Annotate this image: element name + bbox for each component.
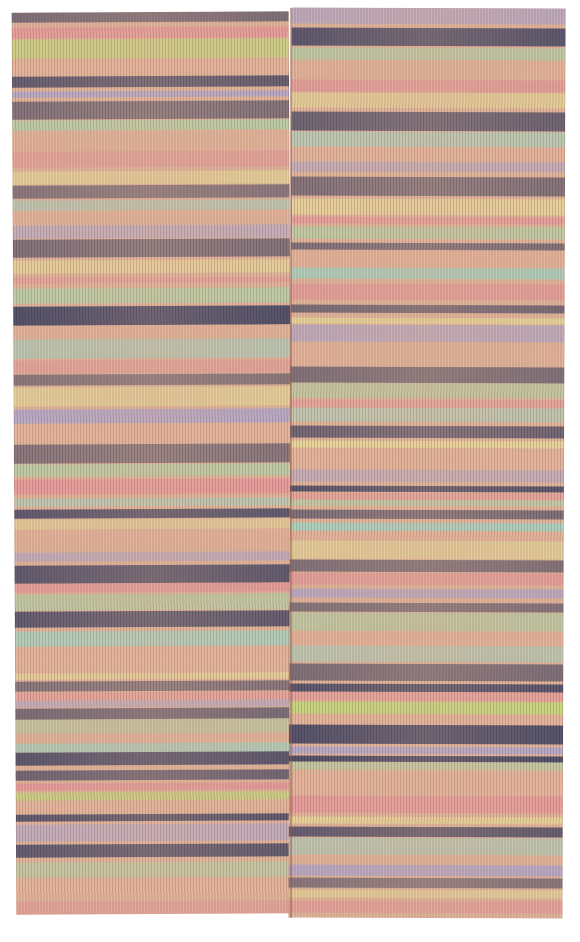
stripe-navy xyxy=(291,112,565,132)
stripe-lavender xyxy=(16,823,293,841)
stripe-pink xyxy=(288,901,562,914)
stripe-navy xyxy=(289,603,563,613)
stripe-butter xyxy=(288,890,562,899)
stripe-peach xyxy=(12,59,289,72)
stripe-lavender xyxy=(290,325,564,343)
stripe-pink xyxy=(290,573,564,586)
stripe-sage xyxy=(12,119,289,130)
stripe-peach xyxy=(14,529,291,547)
stripe-lavender xyxy=(289,747,563,755)
stripe-pink xyxy=(289,692,563,702)
stripe-butter xyxy=(290,318,564,325)
stripe-peach xyxy=(16,880,293,896)
stripe-peach xyxy=(289,775,563,795)
stripe-peach xyxy=(12,132,289,150)
stripe-butter xyxy=(13,259,290,273)
stripe-mint xyxy=(290,523,564,532)
stripe-navy xyxy=(13,184,290,198)
stripe-peach xyxy=(14,423,291,441)
stripe-sage xyxy=(289,613,563,632)
stripe-navy xyxy=(12,11,289,22)
stripe-lavender xyxy=(14,408,291,423)
stripe-sage xyxy=(14,463,291,476)
stripe-pink xyxy=(291,80,565,93)
stripe-navy xyxy=(291,243,565,251)
stripe-sage xyxy=(290,383,564,399)
stripe-sage xyxy=(291,48,565,61)
stripe-navy xyxy=(290,426,564,439)
stripe-sage xyxy=(290,500,564,507)
stripe-sage xyxy=(15,593,292,610)
stripe-mint xyxy=(289,646,563,663)
stripe-butter xyxy=(290,541,564,560)
stripe-navy xyxy=(14,508,291,518)
stripe-butter xyxy=(14,386,291,406)
stripe-lavender xyxy=(291,162,565,173)
stripe-navy xyxy=(13,305,290,325)
stripe-pink xyxy=(13,359,290,373)
stripe-pink xyxy=(15,582,292,592)
stripe-peach xyxy=(13,211,290,220)
stripe-navy xyxy=(291,28,565,47)
stripes-right xyxy=(288,8,565,919)
stripe-pink xyxy=(291,217,565,225)
stripe-sage xyxy=(288,918,562,919)
stripe-butter xyxy=(290,441,564,449)
stripe-navy xyxy=(289,878,563,889)
stripe-butter xyxy=(291,93,565,109)
stripe-peach xyxy=(290,450,564,470)
stripe-peach xyxy=(15,732,292,740)
stripe-peach xyxy=(291,147,565,158)
stripe-navy xyxy=(290,560,564,573)
stripe-navy xyxy=(16,843,293,857)
stripes-left xyxy=(12,11,294,914)
stripe-mint xyxy=(289,838,563,856)
stripe-lavender xyxy=(292,8,566,25)
stripe-butter xyxy=(291,199,565,216)
stripe-lavender xyxy=(289,865,563,877)
stripe-butter xyxy=(15,672,292,679)
stripe-lime xyxy=(16,791,293,800)
stripe-pink xyxy=(16,900,293,914)
stripe-navy xyxy=(15,564,292,583)
stripe-navy xyxy=(289,664,563,682)
stripe-navy xyxy=(290,486,564,493)
center-seam xyxy=(290,8,292,918)
stripe-mint xyxy=(13,338,290,358)
stripe-navy xyxy=(16,813,293,821)
stripe-lavender xyxy=(15,699,292,707)
stripe-sage xyxy=(13,287,290,303)
stripe-navy xyxy=(12,75,289,87)
stripe-peach xyxy=(291,62,565,80)
stripe-navy xyxy=(12,100,289,119)
stripe-butter xyxy=(289,817,563,825)
stripe-peach xyxy=(16,804,293,811)
stripe-navy xyxy=(291,305,565,314)
stripe-lime xyxy=(289,702,563,715)
rug xyxy=(14,8,566,926)
stripe-navy xyxy=(13,238,290,257)
stripe-sage xyxy=(16,861,293,877)
rug-panel-left xyxy=(12,11,294,914)
stripe-peach xyxy=(289,855,563,862)
stripe-navy xyxy=(14,373,291,385)
stripe-peach xyxy=(13,324,290,334)
stripe-mint xyxy=(291,132,565,148)
stripe-navy xyxy=(16,751,293,765)
stripe-navy xyxy=(290,510,564,520)
stripe-lavender xyxy=(290,470,564,483)
stripe-lavender xyxy=(12,90,289,97)
stripe-mint xyxy=(291,268,565,280)
stripe-mint xyxy=(290,408,564,423)
stripe-sage xyxy=(15,718,292,733)
stripe-pink xyxy=(14,478,291,494)
stripe-peach xyxy=(291,251,565,267)
stripe-mint xyxy=(14,497,291,506)
stripe-peach xyxy=(15,648,292,668)
stripe-peach xyxy=(289,632,563,647)
stripe-pink xyxy=(289,796,563,814)
stripe-navy xyxy=(15,610,292,627)
stripe-navy xyxy=(289,725,563,745)
stripe-mint xyxy=(15,630,292,646)
stripe-pink xyxy=(12,26,289,38)
stripe-lavender xyxy=(13,224,290,238)
stripe-pink xyxy=(12,150,289,167)
stripe-butter xyxy=(14,518,291,529)
stripe-pink xyxy=(16,782,293,790)
stripe-sage xyxy=(289,762,563,771)
stripe-lime xyxy=(12,38,289,58)
stripe-pink xyxy=(291,284,565,301)
stripe-navy xyxy=(16,769,293,780)
stripe-lavender xyxy=(290,589,564,599)
stripe-sage xyxy=(291,227,565,240)
stripe-navy xyxy=(290,367,564,384)
stripe-navy xyxy=(14,443,291,463)
stripe-pink xyxy=(13,276,290,283)
rug-panel-right xyxy=(288,8,565,919)
stripe-navy xyxy=(15,680,292,691)
stripe-mint xyxy=(13,199,290,210)
stripe-navy xyxy=(289,827,563,838)
stripe-navy xyxy=(291,177,565,197)
stripe-peach xyxy=(290,344,564,363)
stripe-butter xyxy=(12,170,289,184)
stripe-lavender xyxy=(14,551,291,561)
